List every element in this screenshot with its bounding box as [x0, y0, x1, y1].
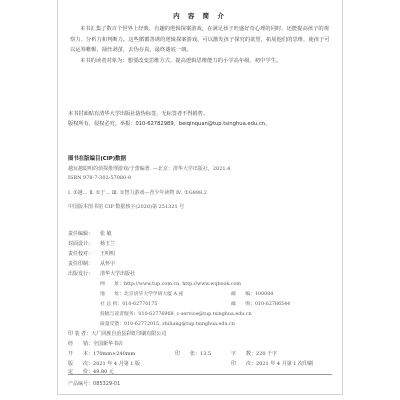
distributor-value: 全国新华书店 — [93, 341, 123, 347]
sheets-value: 13.5 — [200, 351, 211, 357]
credit-label: 出版发行： — [68, 270, 100, 277]
mail-value: 010-62786544 — [255, 302, 290, 307]
intro-heading: 内 容 简 介 — [58, 11, 342, 20]
printer-value: 大厂回族自治县彩虹印刷有限公司 — [91, 331, 166, 337]
divider — [68, 374, 332, 375]
cip-record: 中国版本图书馆 CIP 数据核字(2020)第 251321 号 — [68, 203, 184, 210]
credit-value: 王明明 — [100, 251, 115, 257]
cip-line-1: 越玩越聪明的侦探推理游戏/于蕾编著. —北京：清华大学出版社，2021.4 — [68, 165, 230, 172]
feedback-label: 质量反馈： — [100, 322, 124, 327]
publisher-address: 地 址：北京清华大学学研大厦 A 座 — [100, 290, 183, 297]
credit-editor: 责任编辑：张 敏 — [68, 230, 112, 237]
credit-label: 责任校对： — [68, 250, 100, 257]
credit-value: 杨玉兰 — [100, 241, 115, 247]
printer-label: 印 装 者： — [68, 331, 91, 337]
credit-label: 责任编辑： — [68, 230, 100, 237]
switchboard-label: 社 总 机： — [100, 302, 122, 307]
credit-value: 清华大学出版社 — [100, 271, 135, 277]
spec-printing: 印 次：2021 年 4 月第 1 次印刷 — [231, 360, 313, 367]
credit-proofreader: 责任校对：王明明 — [68, 250, 115, 257]
copyright-page: 内 容 简 介 本书汇集了数百个世界上经典、有趣的逻辑探案游戏，在满足孩子旺盛好… — [57, 0, 343, 395]
credit-label: 封面设计： — [68, 240, 100, 247]
anti-counterfeit-notice: 本书封面贴有清华大学出版社防伪标签，无标签者不得销售。 — [68, 110, 208, 117]
postcode-label: 邮 编： — [231, 292, 255, 297]
intro-paragraph-1: 本书汇集了数百个世界上经典、有趣的逻辑探案游戏，在满足孩子旺盛好奇心理的同时，还… — [70, 24, 332, 56]
spec-distributor: 经 销：全国新华书店 — [68, 340, 123, 347]
format-label: 开 本： — [68, 351, 93, 357]
copyright-notice: 版权所有，侵权必究。举报：010-62782989，beiqinquan@tup… — [68, 120, 270, 127]
credit-cover-design: 封面设计：杨玉兰 — [68, 240, 115, 247]
spec-sheets: 印 张：13.5 — [175, 350, 211, 357]
credit-publisher: 出版发行：清华大学出版社 — [68, 270, 135, 277]
words-value: 220 千字 — [256, 351, 277, 357]
spec-word-count: 字 数：220 千字 — [231, 350, 277, 357]
publisher-postcode: 邮 编：100084 — [231, 290, 273, 297]
publisher-reader-service: 投稿与读者服务：010-62776969, c-service@tup.tsin… — [100, 310, 252, 317]
sheets-label: 印 张： — [175, 351, 200, 357]
cip-isbn: ISBN 978-7-302-57080-8 — [68, 175, 131, 181]
website-value: http://www.tup.com.cn, http://www.wqbook… — [124, 282, 241, 287]
format-value: 170mm×240mm — [93, 351, 135, 357]
publisher-switchboard: 社 总 机：010-62770175 — [100, 300, 157, 307]
printing-label: 印 次： — [231, 361, 256, 367]
credit-label: 责任印制： — [68, 260, 100, 267]
credit-printing: 责任印制：从怀宇 — [68, 260, 115, 267]
credit-value: 张 敏 — [100, 231, 112, 237]
service-label: 投稿与读者服务： — [100, 312, 138, 317]
spec-format: 开 本：170mm×240mm — [68, 350, 135, 357]
product-code-label: 产品编号： — [68, 381, 93, 387]
spec-printer: 印 装 者：大厂回族自治县彩虹印刷有限公司 — [68, 330, 166, 337]
address-value: 北京清华大学学研大厦 A 座 — [124, 292, 183, 297]
cip-title: 图书在版编目(CIP)数据 — [68, 154, 126, 162]
distributor-label: 经 销： — [68, 341, 93, 347]
address-label: 地 址： — [100, 292, 124, 297]
words-label: 字 数： — [231, 351, 256, 357]
publisher-quality-feedback: 质量反馈：010-62772015, zhiliang@tup.tsinghua… — [100, 320, 235, 327]
publisher-mail-order: 邮 购：010-62786544 — [231, 300, 290, 307]
publisher-website: 网 址：http://www.tup.com.cn, http://www.wq… — [100, 280, 241, 287]
edition-label: 版 次： — [68, 361, 93, 367]
edition-value: 2021 年 4 月第 1 版 — [93, 361, 140, 367]
feedback-value: 010-62772015, zhiliang@tup.tsinghua.edu.… — [124, 322, 235, 327]
website-label: 网 址： — [100, 282, 124, 287]
spec-edition: 版 次：2021 年 4 月第 1 版 — [68, 360, 140, 367]
product-code: 产品编号：085329-01 — [68, 380, 120, 387]
intro-paragraph-2: 本书的读者对象为：想要改变思维方式、提高逻辑思维能力的小学高年级、初中学生。 — [70, 56, 332, 67]
printing-value: 2021 年 4 月第 1 次印刷 — [256, 361, 313, 367]
postcode-value: 100084 — [255, 292, 273, 297]
credit-value: 从怀宇 — [100, 261, 115, 267]
service-value: 010-62776969, c-service@tup.tsinghua.edu… — [138, 312, 251, 317]
product-code-value: 085329-01 — [93, 381, 120, 387]
switchboard-value: 010-62770175 — [122, 302, 157, 307]
cip-classification: Ⅰ. ①越… Ⅱ. ①于… Ⅲ. ①智力游戏—青少年读物 Ⅳ. ①G898.2 — [68, 189, 207, 196]
mail-label: 邮 购： — [231, 302, 255, 307]
